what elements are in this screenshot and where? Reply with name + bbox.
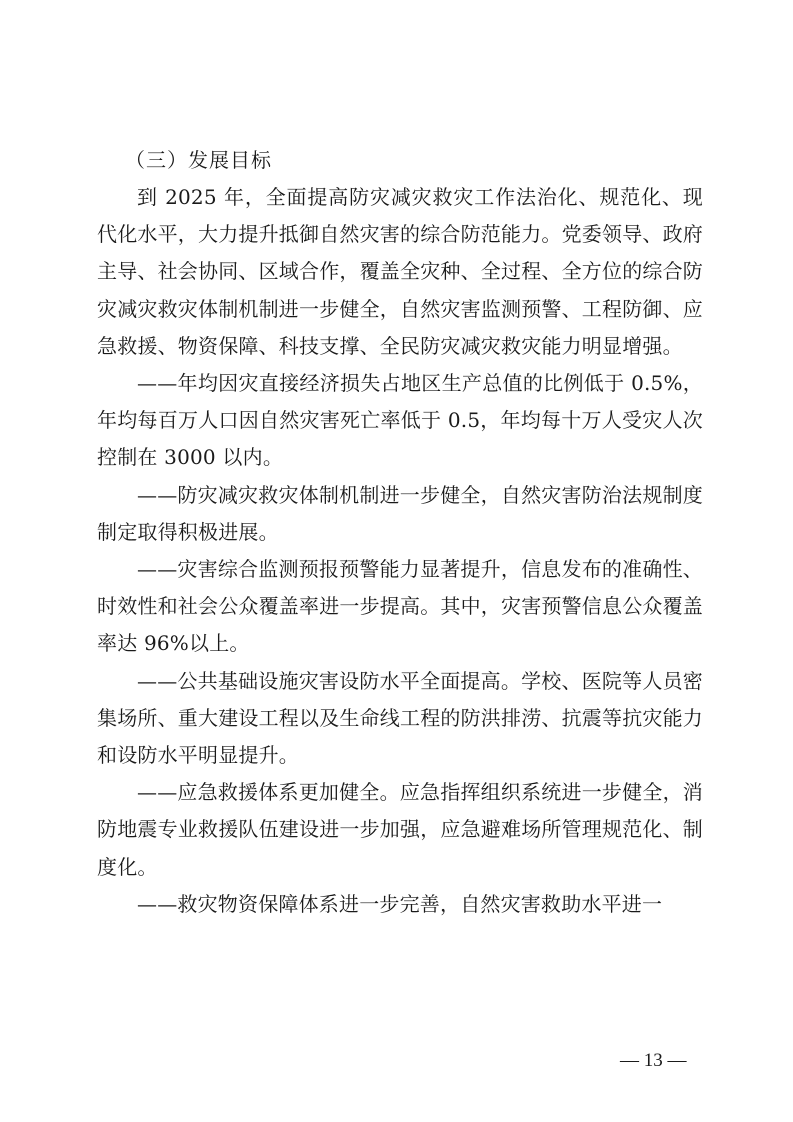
section-heading: （三）发展目标 (97, 142, 703, 179)
document-page: （三）发展目标 到 2025 年，全面提高防灾减灾救灾工作法治化、规范化、现代化… (97, 142, 703, 923)
paragraph-target-infrastructure: ——公共基础设施灾害设防水平全面提高。学校、医院等人员密集场所、重大建设工程以及… (97, 663, 703, 775)
paragraph-target-monitoring: ——灾害综合监测预报预警能力显著提升，信息发布的准确性、时效性和社会公众覆盖率进… (97, 551, 703, 663)
page-number: — 13 — (620, 1050, 687, 1072)
paragraph-target-losses: ——年均因灾直接经济损失占地区生产总值的比例低于 0.5%，年均每百万人口因自然… (97, 365, 703, 477)
paragraph-target-emergency-rescue: ——应急救援体系更加健全。应急指挥组织系统进一步健全，消防地震专业救援队伍建设进… (97, 774, 703, 886)
paragraph-intro: 到 2025 年，全面提高防灾减灾救灾工作法治化、规范化、现代化水平，大力提升抵… (97, 179, 703, 365)
paragraph-target-institutions: ——防灾减灾救灾体制机制进一步健全，自然灾害防治法规制度制定取得积极进展。 (97, 477, 703, 551)
paragraph-target-relief-supplies: ——救灾物资保障体系进一步完善，自然灾害救助水平进一 (97, 886, 703, 923)
